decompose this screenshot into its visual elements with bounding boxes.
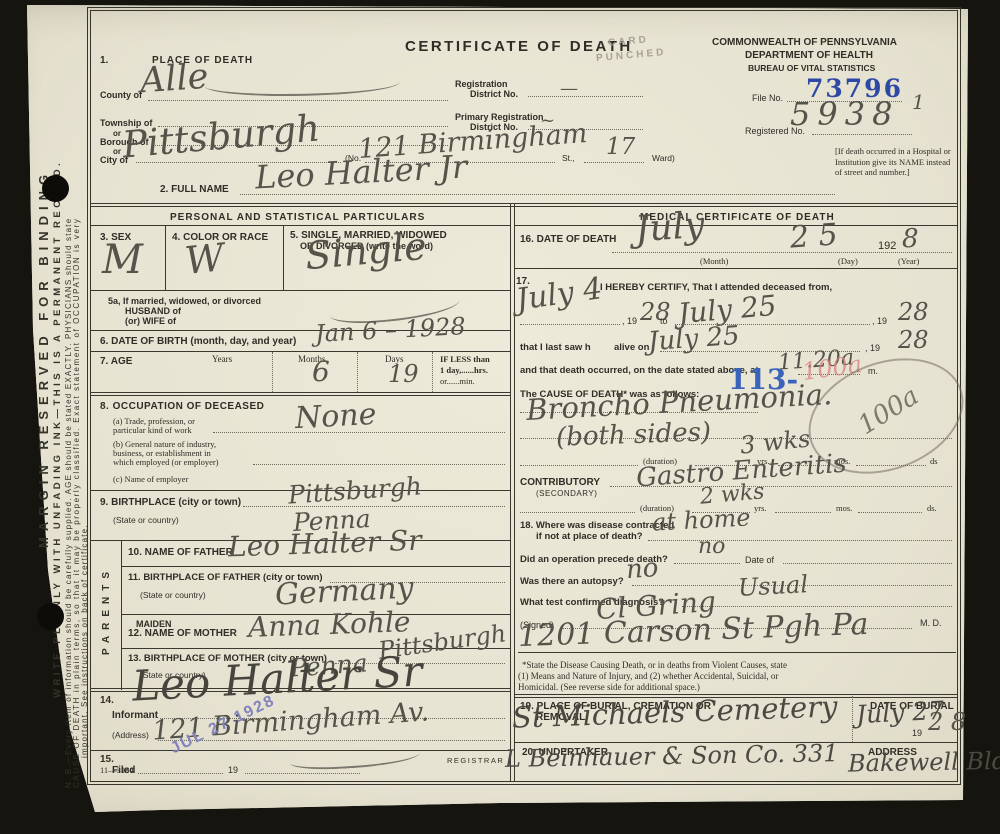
age-col-divider-1 [272, 352, 273, 392]
header-divider [90, 203, 958, 207]
street-suffix-label: St., [562, 154, 575, 164]
margin-important-text: important. See instructions on back of c… [80, 524, 89, 758]
death-occurred-label: and that death occurred, on the date sta… [520, 366, 759, 377]
registered-no-tick: 1 [912, 92, 925, 112]
burial-year-value: 2 8 [928, 710, 966, 734]
filed-number: 15. [100, 754, 114, 766]
race-marital-divider [283, 225, 284, 290]
hospital-note: [If death occurred in a Hospital or Inst… [835, 146, 955, 178]
to-year-value: 28 [898, 300, 929, 324]
autopsy-question: Was there an autopsy? [520, 577, 624, 588]
cause-value-line2: (both sides) [556, 419, 712, 450]
q18-answer: at home [651, 505, 751, 534]
death-certificate-scan: MARGIN RESERVED FOR BINDING WRITE PLAINL… [0, 0, 1000, 834]
autopsy-answer: no [625, 555, 659, 583]
form-number: 11—3184 [100, 766, 134, 776]
birthplace-state-label: (State or country) [113, 516, 179, 526]
bureau-label: BUREAU OF VITAL STATISTICS [748, 64, 875, 74]
duration2-line-d [858, 512, 922, 513]
ifless-label-line3: or......min. [440, 377, 475, 387]
undertaker-value: L Beinhauer & Son Co. 331 [505, 741, 839, 771]
occupation-b-label-line3: which employed (or employer) [113, 458, 219, 468]
age-days-value: 19 [388, 362, 419, 386]
death-month-value: July [634, 208, 706, 249]
last-saw-label: that I last saw h [520, 343, 591, 354]
mother-name-label: 12. NAME OF MOTHER [128, 628, 237, 640]
operation-line [674, 563, 740, 564]
date-of-death-label: 16. DATE OF DEATH [520, 234, 616, 246]
duration-line-d [856, 465, 926, 466]
comma19-a: , 19 [622, 316, 637, 326]
ifless-label-line2: 1 day,......hrs. [440, 366, 488, 376]
ward-label: Ward) [652, 154, 675, 164]
punch-hole-top [42, 175, 69, 202]
race-value: W [183, 238, 226, 280]
age-months-value: 6 [312, 358, 330, 386]
q18-line [648, 540, 952, 541]
last-year-value: 28 [898, 328, 929, 352]
death-day-value: 2 5 [789, 220, 839, 253]
contributory-label: CONTRIBUTORY [520, 477, 600, 489]
registered-no-line [812, 134, 912, 135]
certify-statement: I HEREBY CERTIFY, That I attended deceas… [600, 283, 832, 294]
personal-section-rule [90, 225, 510, 226]
field1-number: 1. [100, 55, 108, 67]
parents-box-divider [121, 540, 122, 690]
month-caption: (Month) [700, 257, 728, 267]
husband-label-line2: HUSBAND of [125, 306, 181, 316]
registration-label-line2: District No. [470, 89, 518, 99]
duration-line-a [520, 465, 638, 466]
duration2-line-c [775, 512, 831, 513]
yrs2-label: yrs. [754, 504, 767, 514]
to-label: to [660, 316, 668, 326]
occupation-b-line [253, 464, 505, 465]
filed-nineteen-label: 19 [228, 765, 238, 775]
death-year-print: 192 [878, 240, 896, 253]
county-value: Alle [139, 60, 210, 100]
column-divider-line1 [510, 203, 511, 782]
operation-date-line [783, 563, 952, 564]
ifless-label-line1: IF LESS than [440, 355, 490, 365]
attended-from-line [520, 324, 620, 325]
commonwealth-label: COMMONWEALTH OF PENNSYLVANIA [712, 37, 897, 49]
ds2-label: ds. [927, 504, 937, 514]
date-of-death-row-rule [514, 268, 958, 269]
date-of-death-line [612, 252, 952, 253]
age-years-header: Years [212, 354, 232, 364]
last-alive-value: July 25 [647, 323, 740, 355]
father-name-value: Leo Halter Sr [228, 527, 423, 562]
age-row-rule [90, 392, 510, 396]
father-name-label: 10. NAME OF FATHER [128, 547, 233, 559]
registered-no-value: 5938 [790, 98, 899, 130]
ds-label: ds [930, 457, 938, 467]
personal-section-title: PERSONAL AND STATISTICAL PARTICULARS [170, 212, 425, 224]
footnote-line2: (1) Means and Nature of Injury, and (2) … [518, 671, 778, 681]
county-label: County of [100, 90, 142, 100]
date-of-label: Date of [745, 555, 774, 565]
filed-line-1 [138, 773, 223, 774]
undertaker-address-value: Bakewell Bldg. [848, 748, 1000, 775]
margin-binding-text: MARGIN RESERVED FOR BINDING [36, 169, 51, 548]
day-caption: (Day) [838, 257, 858, 267]
ward-value: 17 [606, 136, 635, 159]
death-year8-value: 8 [902, 226, 919, 252]
county-line [148, 100, 448, 101]
informant-address-label: (Address) [112, 731, 149, 741]
md-label: M. D. [920, 618, 942, 628]
duration2-line-a [520, 512, 635, 513]
registration-label-line1: Registration [455, 79, 508, 89]
comma19-b: , 19 [872, 316, 887, 326]
birthplace-line [243, 506, 505, 507]
birthplace-label: 9. BIRTHPLACE (city or town) [100, 497, 241, 509]
husband-label-line3: (or) WIFE of [125, 316, 176, 326]
secondary-label: (SECONDARY) [536, 489, 597, 498]
age-col-divider-3 [432, 352, 433, 392]
occupation-a-label-line2: particular kind of work [113, 426, 192, 436]
test-answer: Usual [737, 572, 808, 600]
registration-mark: — [560, 80, 578, 98]
burial-column-divider [852, 696, 853, 742]
age-label: 7. AGE [100, 356, 132, 368]
punch-hole-bottom [37, 603, 64, 630]
footnote-line1: *State the Disease Causing Death, or in … [522, 660, 787, 670]
dob-label: 6. DATE OF BIRTH (month, day, and year) [100, 336, 296, 348]
year-caption: (Year) [898, 257, 919, 267]
filed-line-2 [245, 773, 360, 774]
marital-value: Single [304, 227, 428, 275]
full-name-line [240, 194, 835, 195]
husband-label-line1: 5a, If married, widowed, or divorced [108, 296, 261, 306]
test-line [682, 606, 952, 607]
footnote-line3: Homicidal. (See reverse side for additio… [518, 682, 700, 692]
ward-line [584, 162, 644, 163]
q18-label-line2: if not at place of death? [536, 532, 643, 543]
registrar-label: REGISTRAR [447, 757, 504, 766]
signature-row-rule [518, 652, 956, 653]
parents-side-label: PARENTS [101, 566, 112, 655]
full-name-label: 2. FULL NAME [160, 184, 229, 196]
file-no-label: File No. [752, 93, 783, 103]
full-name-value: Leo Halter Jr [254, 150, 468, 193]
father-row-rule [121, 566, 510, 567]
alive-on-label: alive on [614, 343, 649, 354]
sex-value: M [102, 240, 143, 280]
age-col-divider-2 [357, 352, 358, 392]
comma19-c: , 19 [865, 343, 880, 353]
father-birthplace-state-label: (State or country) [140, 591, 206, 601]
mos2-label: mos. [836, 504, 852, 514]
occupation-c-label: (c) Name of employer [113, 475, 188, 485]
medical-section-rule [514, 225, 958, 226]
dob-value: Jan 6 – 1928 [314, 314, 466, 346]
dob-row-rule [90, 351, 510, 352]
operation-answer: no [698, 536, 725, 558]
registration-line [528, 96, 643, 97]
department-label: DEPARTMENT OF HEALTH [745, 50, 873, 62]
burial-year-print: 19 [912, 728, 922, 738]
informant-number: 14. [100, 695, 114, 707]
occupation-value: None [294, 400, 377, 434]
primary-registration-label-line1: Primary Registration [455, 112, 544, 122]
occupation-label: 8. OCCUPATION OF DECEASED [100, 401, 264, 413]
sex-race-divider [165, 225, 166, 290]
